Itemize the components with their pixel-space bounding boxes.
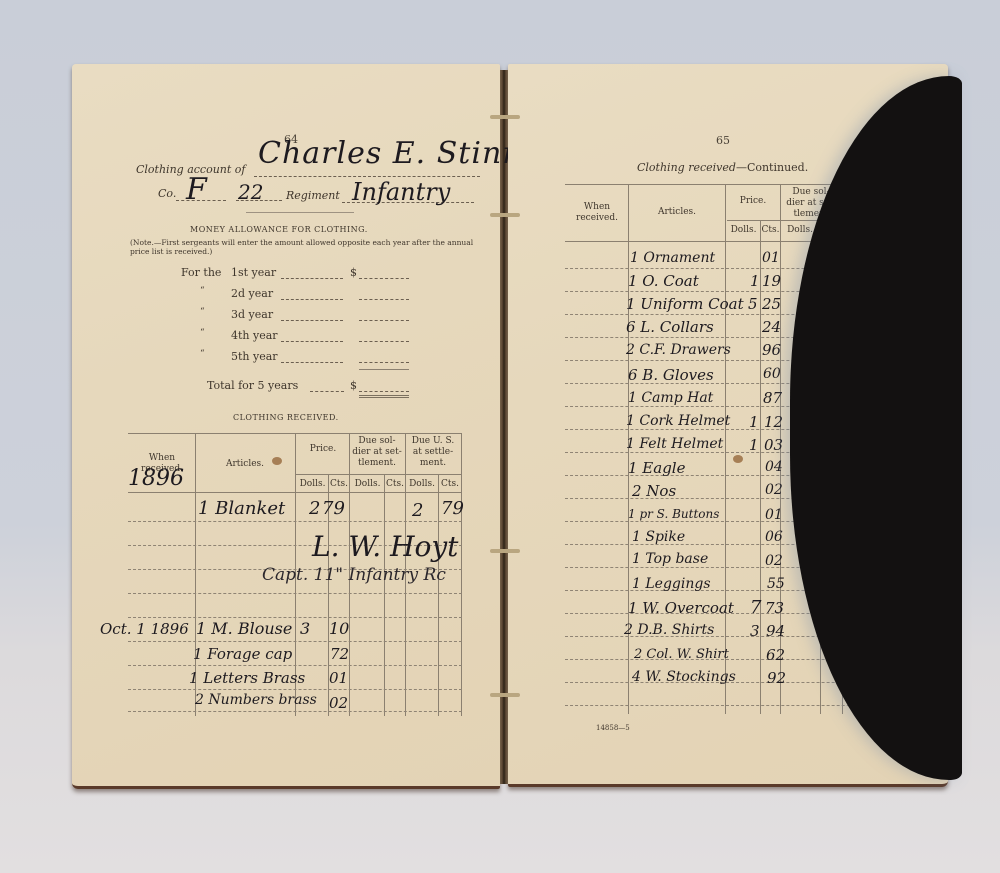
ink-stain xyxy=(733,455,743,463)
row-rule xyxy=(128,593,462,594)
allowance-amount-4[interactable] xyxy=(359,341,409,342)
header-price-dolls: Dolls. xyxy=(727,225,760,236)
right-page-number: 65 xyxy=(716,134,730,147)
allowance-total-amount[interactable] xyxy=(359,391,409,392)
allowance-amount-2[interactable] xyxy=(359,299,409,300)
entry-article: 1 Camp Hat xyxy=(628,390,713,406)
entry-cts: 19 xyxy=(762,272,781,290)
allowance-total-label: Total for 5 years xyxy=(207,379,298,392)
allowance-year-3: 3d year xyxy=(231,308,273,321)
entry-cts: 62 xyxy=(766,646,785,664)
entry-when: Oct. 1 1896 xyxy=(100,620,189,638)
entry-price-cts: 72 xyxy=(330,645,349,663)
clothing-received-title: CLOTHING RECEIVED. xyxy=(233,413,339,422)
account-name-handwritten: Charles E. Stinns xyxy=(258,136,539,171)
binding-stitch xyxy=(490,693,520,697)
entry-cts: 03 xyxy=(764,436,783,454)
entry-article: 1 Forage cap xyxy=(193,645,292,663)
allowance-total-dots xyxy=(310,391,344,392)
entry-price-cts: 01 xyxy=(329,669,348,687)
col-divider xyxy=(438,474,439,716)
entry-price-cts: 79 xyxy=(322,498,345,519)
row-rule xyxy=(128,521,462,522)
allowance-year-2: 2d year xyxy=(231,287,273,300)
ink-stain xyxy=(272,457,282,465)
entry-us-cts: 79 xyxy=(441,498,464,519)
entry-article: 1 Top base xyxy=(632,551,708,567)
entry-us-dolls: 2 xyxy=(412,500,423,521)
entry-article: 1 Blanket xyxy=(198,498,285,519)
row-rule xyxy=(128,641,462,642)
entry-cts: 02 xyxy=(765,482,783,498)
entry-price-dolls: 3 xyxy=(300,619,310,638)
allowance-prefix-1: For the xyxy=(181,266,221,279)
header-soldier-cts: Cts. xyxy=(385,479,405,490)
entry-cts: 25 xyxy=(762,295,781,313)
entry-cts: 24 xyxy=(762,318,781,336)
entry-article: 1 W. Overcoat xyxy=(628,599,734,617)
entry-cts: 60 xyxy=(763,366,781,382)
entry-article: 1 Uniform Coat xyxy=(626,295,744,313)
allowance-amount-3[interactable] xyxy=(359,320,409,321)
binding-stitch xyxy=(490,213,520,217)
entry-price-cts: 10 xyxy=(329,619,349,638)
account-name-line xyxy=(254,176,480,177)
print-code: 14858—5 xyxy=(596,724,630,732)
entry-article: 1 Spike xyxy=(632,529,685,545)
allowance-dots-5 xyxy=(281,362,343,363)
allowance-dots-4 xyxy=(281,341,343,342)
entry-cts: 92 xyxy=(767,669,786,687)
allowance-title: MONEY ALLOWANCE FOR CLOTHING. xyxy=(190,225,368,234)
entry-article: 2 Nos xyxy=(632,482,676,500)
company-handwritten: F xyxy=(186,172,207,207)
entry-article: 1 Letters Brass xyxy=(189,669,305,687)
entry-article: 1 Ornament xyxy=(630,250,715,266)
allowance-note: (Note.—First sergeants will enter the am… xyxy=(130,238,480,256)
allowance-currency-1: $ xyxy=(350,266,357,279)
allowance-dots-3 xyxy=(281,320,343,321)
entry-dolls: 1 xyxy=(750,272,760,290)
signature: L. W. Hoyt xyxy=(312,530,458,563)
binding-stitch xyxy=(490,549,520,553)
allowance-prefix-3: “ xyxy=(200,307,205,317)
regiment-handwritten: Infantry xyxy=(352,178,450,206)
row-rule xyxy=(128,617,462,618)
col-divider xyxy=(725,184,726,714)
entry-price-dolls: 2 xyxy=(309,498,320,519)
header-when: When received. xyxy=(568,202,626,224)
entry-article: 1 pr S. Buttons xyxy=(628,507,719,521)
entry-cts: 01 xyxy=(765,507,783,523)
entry-article: 1 Leggings xyxy=(632,576,711,592)
header-due-us: Due U. S. at settle- ment. xyxy=(407,436,459,469)
entry-cts: 55 xyxy=(767,576,785,592)
header-us-cts: Cts. xyxy=(439,479,461,490)
entry-dolls: 3 xyxy=(750,622,760,640)
allowance-prefix-5: “ xyxy=(200,349,205,359)
entry-cts: 87 xyxy=(763,389,782,407)
entry-dolls: 5 xyxy=(748,295,758,313)
col-divider xyxy=(461,433,462,716)
entry-article: 1 Cork Helmet xyxy=(626,413,730,429)
header-soldier-dolls: Dolls. xyxy=(351,479,384,490)
entry-cts: 04 xyxy=(765,459,783,475)
entry-article: 2 Numbers brass xyxy=(195,692,317,708)
regiment-label: Regiment xyxy=(286,189,340,202)
binding-stitch xyxy=(490,115,520,119)
allowance-sum-rule xyxy=(359,369,409,370)
title-rest: —Continued. xyxy=(736,161,808,174)
allowance-year-1: 1st year xyxy=(231,266,276,279)
allowance-amount-1[interactable] xyxy=(359,278,409,279)
header-price: Price. xyxy=(727,196,779,207)
entry-article: 6 B. Gloves xyxy=(628,366,714,384)
entry-dolls: 1 xyxy=(749,413,759,431)
col-divider xyxy=(384,474,385,716)
allowance-prefix-2: “ xyxy=(200,286,205,296)
col-divider xyxy=(760,220,761,714)
row-rule xyxy=(128,711,462,712)
entry-article: 1 M. Blouse xyxy=(196,619,292,638)
entry-cts: 02 xyxy=(765,553,783,569)
allowance-dots-2 xyxy=(281,299,343,300)
allowance-total-double-rule xyxy=(359,395,409,398)
entry-dolls: 7 xyxy=(750,597,761,618)
row-rule xyxy=(128,665,462,666)
allowance-amount-5[interactable] xyxy=(359,362,409,363)
entry-article: 1 O. Coat xyxy=(628,272,699,290)
title-italic: Clothing received xyxy=(637,161,736,174)
signature-title: Capt. 11" Infantry Rc xyxy=(262,565,446,585)
header-due-soldier: Due sol- dier at set- tlement. xyxy=(350,436,404,469)
entry-cts: 73 xyxy=(765,599,784,617)
entry-article: 4 W. Stockings xyxy=(632,669,736,685)
entry-cts: 96 xyxy=(762,341,781,359)
entry-article: 1 Eagle xyxy=(628,459,685,477)
entry-dolls: 1 xyxy=(749,436,759,454)
header-price-cts: Cts. xyxy=(761,225,780,236)
entry-cts: 01 xyxy=(762,250,780,266)
allowance-dots-1 xyxy=(281,278,343,279)
row-rule xyxy=(565,705,895,706)
allowance-year-5: 5th year xyxy=(231,350,278,363)
entry-article: 1 Felt Helmet xyxy=(626,436,723,452)
entry-cts: 94 xyxy=(766,622,785,640)
right-page-title: Clothing received—Continued. xyxy=(637,161,808,174)
header-articles: Articles. xyxy=(630,207,724,218)
entry-article: 6 L. Collars xyxy=(626,318,714,336)
allowance-total-currency: $ xyxy=(350,379,357,392)
header-divider xyxy=(246,212,354,213)
entry-article: 2 Col. W. Shirt xyxy=(634,647,729,662)
entry-article: 2 D.B. Shirts xyxy=(624,622,714,638)
header-price-dolls: Dolls. xyxy=(297,479,328,490)
entry-cts: 12 xyxy=(764,413,783,431)
allowance-year-4: 4th year xyxy=(231,329,278,342)
header-us-dolls: Dolls. xyxy=(406,479,438,490)
company-label: Co. xyxy=(158,187,176,200)
row-rule xyxy=(128,689,462,690)
entry-cts: 06 xyxy=(765,529,783,545)
regiment-number-handwritten: 22 xyxy=(238,180,263,204)
header-price: Price. xyxy=(298,444,348,455)
year-handwritten: 1896 xyxy=(128,466,184,491)
allowance-prefix-4: “ xyxy=(200,328,205,338)
entry-price-cts: 02 xyxy=(329,694,348,712)
entry-article: 2 C.F. Drawers xyxy=(626,342,731,358)
header-price-cts: Cts. xyxy=(329,479,349,490)
